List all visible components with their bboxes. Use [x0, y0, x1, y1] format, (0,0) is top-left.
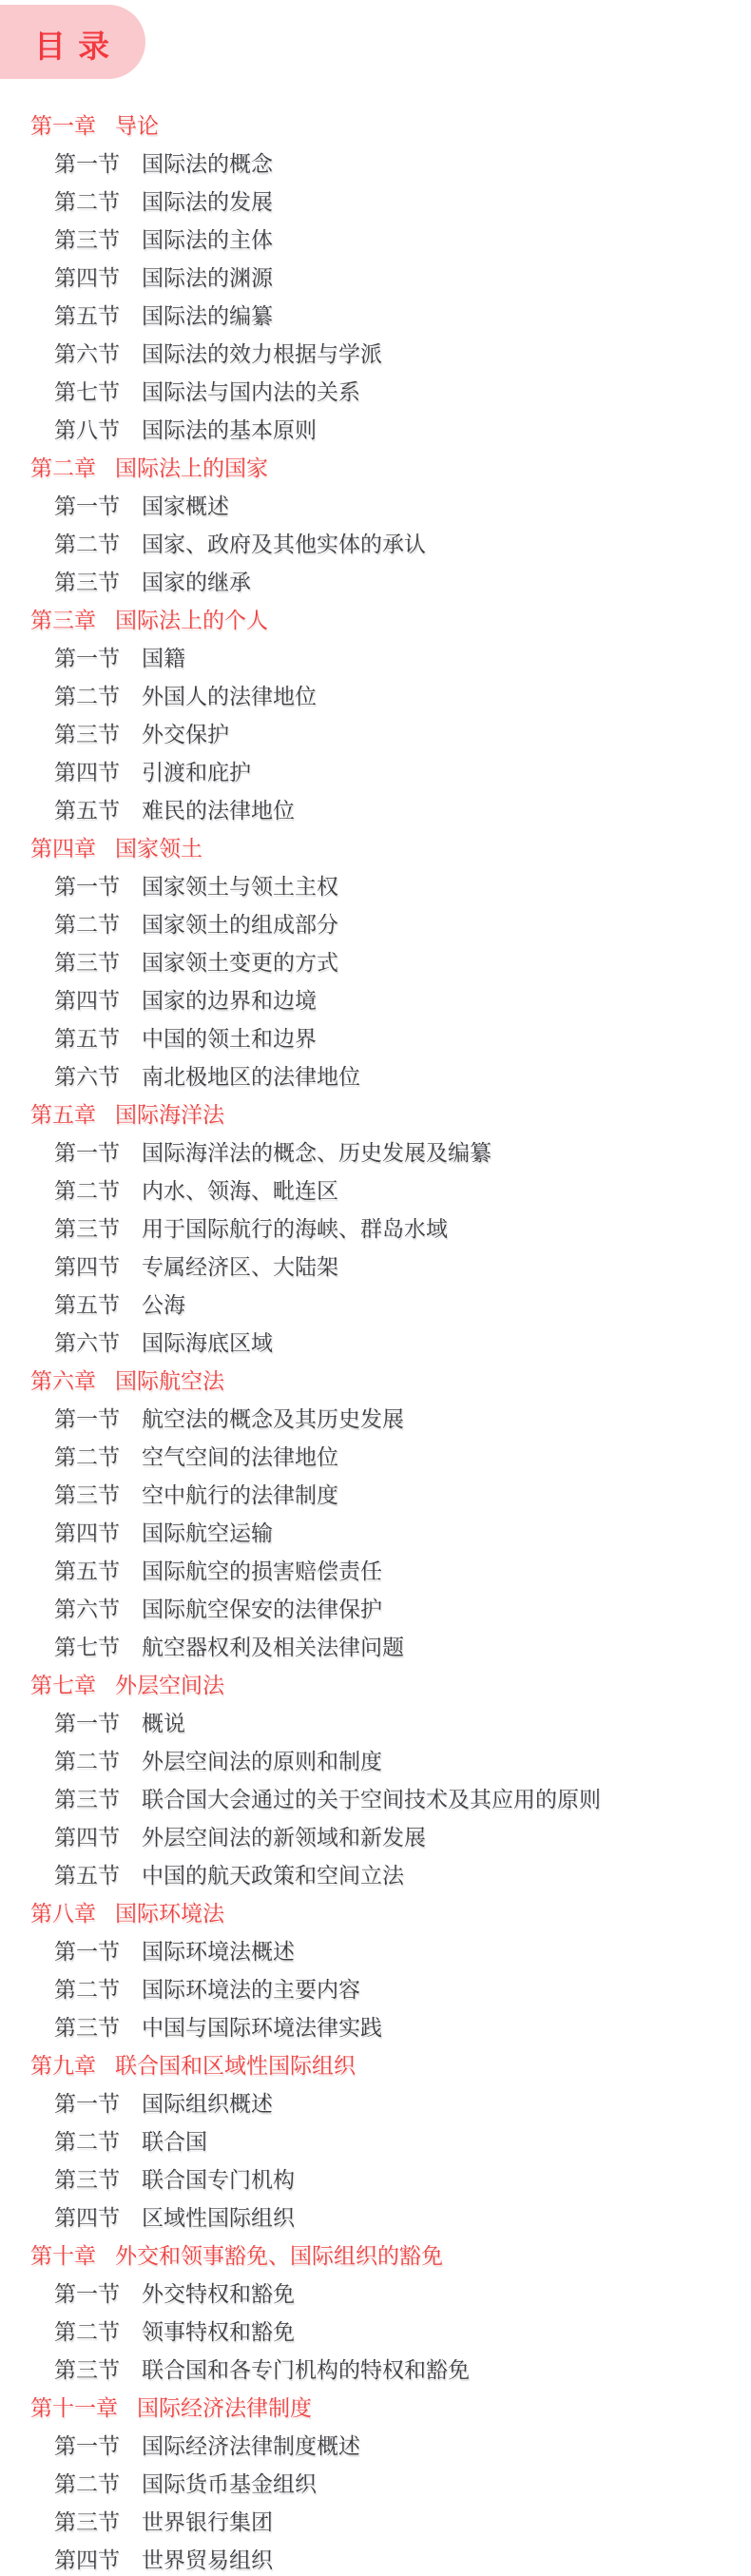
entry-title: 国家领土与领土主权 — [142, 869, 338, 901]
toc-section-row[interactable]: 第一节国际法的概念 — [0, 143, 751, 181]
toc-chapter-row[interactable]: 第五章国际海洋法 — [0, 1094, 751, 1132]
toc-section-row[interactable]: 第七节航空器权利及相关法律问题 — [0, 1626, 751, 1664]
toc-section-row[interactable]: 第四节引渡和庇护 — [0, 751, 751, 789]
entry-number: 第二节 — [54, 679, 120, 710]
entry-number: 第一节 — [54, 1402, 120, 1433]
toc-section-row[interactable]: 第四节区域性国际组织 — [0, 2197, 751, 2235]
entry-number: 第四节 — [54, 1820, 120, 1851]
entry-title: 中国的领土和边界 — [142, 1021, 317, 1053]
toc-chapter-row[interactable]: 第九章联合国和区域性国际组织 — [0, 2044, 751, 2082]
entry-number: 第五节 — [54, 299, 120, 330]
entry-number: 第三节 — [54, 717, 120, 748]
toc-section-row[interactable]: 第五节中国的航天政策和空间立法 — [0, 1854, 751, 1892]
entry-number: 第九章 — [30, 2048, 96, 2080]
entry-number: 第三节 — [54, 2010, 120, 2042]
entry-title: 国际法的编纂 — [142, 299, 273, 330]
entry-number: 第一节 — [54, 2086, 120, 2118]
entry-number: 第三节 — [54, 2162, 120, 2194]
entry-title: 联合国专门机构 — [142, 2162, 295, 2194]
entry-number: 第四节 — [54, 1516, 120, 1547]
toc-section-row[interactable]: 第五节国际航空的损害赔偿责任 — [0, 1550, 751, 1588]
entry-title: 国际法的发展 — [142, 184, 273, 216]
entry-title: 国际海洋法 — [115, 1097, 224, 1129]
entry-title: 国际货币基金组织 — [142, 2467, 317, 2498]
entry-number: 第五章 — [30, 1097, 96, 1129]
entry-title: 联合国和区域性国际组织 — [115, 2048, 356, 2080]
entry-title: 国家领土变更的方式 — [142, 945, 338, 977]
entry-number: 第三节 — [54, 2505, 120, 2536]
entry-title: 国际法的渊源 — [142, 261, 273, 292]
entry-number: 第四节 — [54, 261, 120, 292]
entry-title: 国际法上的国家 — [115, 451, 268, 482]
toc-section-row[interactable]: 第六节南北极地区的法律地位 — [0, 1056, 751, 1094]
entry-title: 难民的法律地位 — [142, 793, 295, 824]
entry-number: 第四章 — [30, 831, 96, 862]
toc-chapter-row[interactable]: 第三章国际法上的个人 — [0, 599, 751, 637]
toc-chapter-row[interactable]: 第六章国际航空法 — [0, 1360, 751, 1398]
entry-number: 第二节 — [54, 527, 120, 558]
entry-title: 国际法的主体 — [142, 223, 273, 254]
toc-section-row[interactable]: 第四节国际法的渊源 — [0, 257, 751, 295]
toc-section-row[interactable]: 第二节联合国 — [0, 2121, 751, 2159]
toc-section-row[interactable]: 第二节外层空间法的原则和制度 — [0, 1740, 751, 1778]
toc-section-row[interactable]: 第二节领事特权和豁免 — [0, 2311, 751, 2349]
entry-title: 专属经济区、大陆架 — [142, 1249, 338, 1281]
toc-section-row[interactable]: 第三节联合国和各专门机构的特权和豁免 — [0, 2349, 751, 2387]
toc-section-row[interactable]: 第五节难民的法律地位 — [0, 789, 751, 827]
entry-title: 国际海洋法的概念、历史发展及编纂 — [142, 1135, 491, 1167]
toc-section-row[interactable]: 第七节国际法与国内法的关系 — [0, 371, 751, 409]
toc-section-row[interactable]: 第一节概说 — [0, 1702, 751, 1740]
entry-title: 外层空间法 — [115, 1668, 224, 1699]
entry-number: 第二节 — [54, 907, 120, 939]
entry-title: 世界银行集团 — [142, 2505, 273, 2536]
entry-title: 南北极地区的法律地位 — [142, 1059, 360, 1091]
entry-title: 区域性国际组织 — [142, 2200, 295, 2232]
entry-number: 第七章 — [30, 1668, 96, 1699]
entry-title: 国家的继承 — [142, 565, 251, 596]
toc-section-row[interactable]: 第四节专属经济区、大陆架 — [0, 1246, 751, 1284]
entry-title: 国际组织概述 — [142, 2086, 273, 2118]
entry-title: 国际经济法律制度概述 — [142, 2429, 360, 2460]
toc-section-row[interactable]: 第二节空气空间的法律地位 — [0, 1436, 751, 1474]
toc-chapter-row[interactable]: 第八章国际环境法 — [0, 1892, 751, 1930]
entry-number: 第一节 — [54, 1135, 120, 1167]
entry-number: 第一节 — [54, 641, 120, 672]
entry-number: 第四节 — [54, 755, 120, 786]
entry-number: 第一章 — [30, 108, 96, 140]
entry-title: 国际航空保安的法律保护 — [142, 1592, 382, 1623]
entry-title: 公海 — [142, 1288, 185, 1319]
entry-number: 第七节 — [54, 1630, 120, 1661]
entry-number: 第四节 — [54, 2200, 120, 2232]
entry-number: 第一节 — [54, 869, 120, 901]
entry-number: 第四节 — [54, 2543, 120, 2574]
toc-section-row[interactable]: 第一节国际环境法概述 — [0, 1930, 751, 1968]
entry-title: 国际法上的个人 — [115, 603, 268, 634]
toc-list: 第一章导论第一节国际法的概念第二节国际法的发展第三节国际法的主体第四节国际法的渊… — [0, 105, 751, 2576]
toc-section-row[interactable]: 第三节世界银行集团 — [0, 2501, 751, 2539]
entry-title: 外交保护 — [142, 717, 229, 748]
entry-title: 外层空间法的新领域和新发展 — [142, 1820, 426, 1851]
entry-number: 第三节 — [54, 1478, 120, 1509]
entry-title: 联合国和各专门机构的特权和豁免 — [142, 2353, 470, 2384]
entry-number: 第一节 — [54, 1706, 120, 1737]
toc-section-row[interactable]: 第二节外国人的法律地位 — [0, 675, 751, 713]
toc-section-row[interactable]: 第二节国际环境法的主要内容 — [0, 1968, 751, 2006]
entry-title: 导论 — [115, 108, 159, 140]
entry-title: 国家领土 — [115, 831, 202, 862]
entry-title: 国籍 — [142, 641, 185, 672]
entry-title: 外交和领事豁免、国际组织的豁免 — [115, 2238, 443, 2270]
entry-number: 第七节 — [54, 375, 120, 406]
entry-title: 内水、领海、毗连区 — [142, 1173, 338, 1205]
toc-section-row[interactable]: 第三节外交保护 — [0, 713, 751, 751]
page-title: 目 录 — [0, 18, 111, 67]
toc-section-row[interactable]: 第三节空中航行的法律制度 — [0, 1474, 751, 1512]
toc-section-row[interactable]: 第五节中国的领土和边界 — [0, 1017, 751, 1056]
entry-number: 第三节 — [54, 565, 120, 596]
entry-title: 中国与国际环境法律实践 — [142, 2010, 382, 2042]
entry-title: 国家的边界和边境 — [142, 983, 317, 1015]
toc-chapter-row[interactable]: 第一章导论 — [0, 105, 751, 143]
entry-title: 国际环境法概述 — [142, 1934, 295, 1966]
entry-title: 引渡和庇护 — [142, 755, 251, 786]
toc-section-row[interactable]: 第一节国家领土与领土主权 — [0, 865, 751, 903]
entry-title: 国家领土的组成部分 — [142, 907, 338, 939]
toc-section-row[interactable]: 第六节国际海底区域 — [0, 1322, 751, 1360]
toc-section-row[interactable]: 第三节联合国大会通过的关于空间技术及其应用的原则 — [0, 1778, 751, 1816]
entry-number: 第二节 — [54, 2467, 120, 2498]
toc-section-row[interactable]: 第一节国际海洋法的概念、历史发展及编纂 — [0, 1132, 751, 1170]
entry-number: 第五节 — [54, 1288, 120, 1319]
toc-section-row[interactable]: 第三节国际法的主体 — [0, 219, 751, 257]
entry-number: 第六节 — [54, 1059, 120, 1091]
entry-title: 国际法与国内法的关系 — [142, 375, 360, 406]
toc-chapter-row[interactable]: 第二章国际法上的国家 — [0, 447, 751, 485]
toc-section-row[interactable]: 第四节外层空间法的新领域和新发展 — [0, 1816, 751, 1854]
toc-section-row[interactable]: 第三节中国与国际环境法律实践 — [0, 2006, 751, 2044]
entry-number: 第五节 — [54, 1554, 120, 1585]
toc-section-row[interactable]: 第五节公海 — [0, 1284, 751, 1322]
entry-title: 联合国大会通过的关于空间技术及其应用的原则 — [142, 1782, 601, 1813]
entry-title: 国家、政府及其他实体的承认 — [142, 527, 426, 558]
toc-section-row[interactable]: 第三节国家领土变更的方式 — [0, 941, 751, 979]
entry-number: 第四节 — [54, 1249, 120, 1281]
entry-number: 第六节 — [54, 337, 120, 368]
toc-section-row[interactable]: 第一节国家概述 — [0, 485, 751, 523]
entry-number: 第一节 — [54, 1934, 120, 1966]
entry-title: 概说 — [142, 1706, 185, 1737]
entry-number: 第一节 — [54, 2276, 120, 2308]
toc-section-row[interactable]: 第二节国际货币基金组织 — [0, 2463, 751, 2501]
entry-number: 第一节 — [54, 146, 120, 178]
entry-number: 第二节 — [54, 1440, 120, 1471]
entry-number: 第五节 — [54, 1858, 120, 1889]
entry-number: 第二节 — [54, 1744, 120, 1775]
entry-number: 第六节 — [54, 1326, 120, 1357]
toc-section-row[interactable]: 第六节国际法的效力根据与学派 — [0, 333, 751, 371]
entry-title: 国际环境法的主要内容 — [142, 1972, 360, 2004]
entry-title: 国际法的概念 — [142, 146, 273, 178]
entry-number: 第十一章 — [30, 2391, 118, 2422]
entry-title: 世界贸易组织 — [142, 2543, 273, 2574]
entry-title: 联合国 — [142, 2124, 207, 2156]
toc-section-row[interactable]: 第五节国际法的编纂 — [0, 295, 751, 333]
entry-title: 航空器权利及相关法律问题 — [142, 1630, 404, 1661]
entry-title: 空中航行的法律制度 — [142, 1478, 338, 1509]
entry-title: 国家概述 — [142, 489, 229, 520]
entry-number: 第二节 — [54, 1173, 120, 1205]
entry-title: 国际航空运输 — [142, 1516, 273, 1547]
entry-number: 第六节 — [54, 1592, 120, 1623]
toc-section-row[interactable]: 第八节国际法的基本原则 — [0, 409, 751, 447]
toc-section-row[interactable]: 第二节内水、领海、毗连区 — [0, 1170, 751, 1208]
entry-number: 第一节 — [54, 2429, 120, 2460]
toc-section-row[interactable]: 第四节世界贸易组织 — [0, 2539, 751, 2576]
toc-section-row[interactable]: 第四节国际航空运输 — [0, 1512, 751, 1550]
toc-section-row[interactable]: 第二节国家、政府及其他实体的承认 — [0, 523, 751, 561]
toc-section-row[interactable]: 第三节国家的继承 — [0, 561, 751, 599]
entry-title: 国际经济法律制度 — [137, 2391, 312, 2422]
entry-number: 第二章 — [30, 451, 96, 482]
toc-section-row[interactable]: 第二节国家领土的组成部分 — [0, 903, 751, 941]
entry-number: 第八章 — [30, 1896, 96, 1927]
entry-number: 第四节 — [54, 983, 120, 1015]
toc-section-row[interactable]: 第一节航空法的概念及其历史发展 — [0, 1398, 751, 1436]
toc-section-row[interactable]: 第一节外交特权和豁免 — [0, 2273, 751, 2311]
entry-number: 第十章 — [30, 2238, 96, 2270]
toc-section-row[interactable]: 第三节联合国专门机构 — [0, 2159, 751, 2197]
entry-title: 国际航空的损害赔偿责任 — [142, 1554, 382, 1585]
entry-title: 空气空间的法律地位 — [142, 1440, 338, 1471]
entry-title: 国际环境法 — [115, 1896, 224, 1927]
entry-title: 国际海底区域 — [142, 1326, 273, 1357]
entry-number: 第三节 — [54, 1211, 120, 1243]
entry-title: 外层空间法的原则和制度 — [142, 1744, 382, 1775]
toc-chapter-row[interactable]: 第四章国家领土 — [0, 827, 751, 865]
toc-chapter-row[interactable]: 第七章外层空间法 — [0, 1664, 751, 1702]
entry-number: 第三节 — [54, 945, 120, 977]
entry-number: 第三节 — [54, 1782, 120, 1813]
toc-section-row[interactable]: 第四节国家的边界和边境 — [0, 979, 751, 1017]
entry-title: 外国人的法律地位 — [142, 679, 317, 710]
toc-section-row[interactable]: 第二节国际法的发展 — [0, 181, 751, 219]
entry-number: 第六章 — [30, 1364, 96, 1395]
entry-number: 第二节 — [54, 1972, 120, 2004]
entry-title: 外交特权和豁免 — [142, 2276, 295, 2308]
entry-number: 第二节 — [54, 2124, 120, 2156]
entry-number: 第五节 — [54, 1021, 120, 1053]
entry-number: 第二节 — [54, 2315, 120, 2346]
entry-title: 国际法的基本原则 — [142, 413, 317, 444]
entry-number: 第三节 — [54, 2353, 120, 2384]
toc-section-row[interactable]: 第六节国际航空保安的法律保护 — [0, 1588, 751, 1626]
entry-number: 第五节 — [54, 793, 120, 824]
toc-section-row[interactable]: 第一节国籍 — [0, 637, 751, 675]
entry-title: 领事特权和豁免 — [142, 2315, 295, 2346]
entry-title: 航空法的概念及其历史发展 — [142, 1402, 404, 1433]
entry-number: 第二节 — [54, 184, 120, 216]
entry-title: 用于国际航行的海峡、群岛水域 — [142, 1211, 448, 1243]
toc-section-row[interactable]: 第一节国际组织概述 — [0, 2082, 751, 2121]
entry-number: 第三章 — [30, 603, 96, 634]
entry-number: 第一节 — [54, 489, 120, 520]
entry-number: 第八节 — [54, 413, 120, 444]
toc-section-row[interactable]: 第一节国际经济法律制度概述 — [0, 2425, 751, 2463]
entry-title: 国际航空法 — [115, 1364, 224, 1395]
entry-title: 国际法的效力根据与学派 — [142, 337, 382, 368]
entry-number: 第三节 — [54, 223, 120, 254]
toc-section-row[interactable]: 第三节用于国际航行的海峡、群岛水域 — [0, 1208, 751, 1246]
toc-header-badge: 目 录 — [0, 5, 145, 79]
toc-chapter-row[interactable]: 第十一章国际经济法律制度 — [0, 2387, 751, 2425]
entry-title: 中国的航天政策和空间立法 — [142, 1858, 404, 1889]
toc-chapter-row[interactable]: 第十章外交和领事豁免、国际组织的豁免 — [0, 2235, 751, 2273]
